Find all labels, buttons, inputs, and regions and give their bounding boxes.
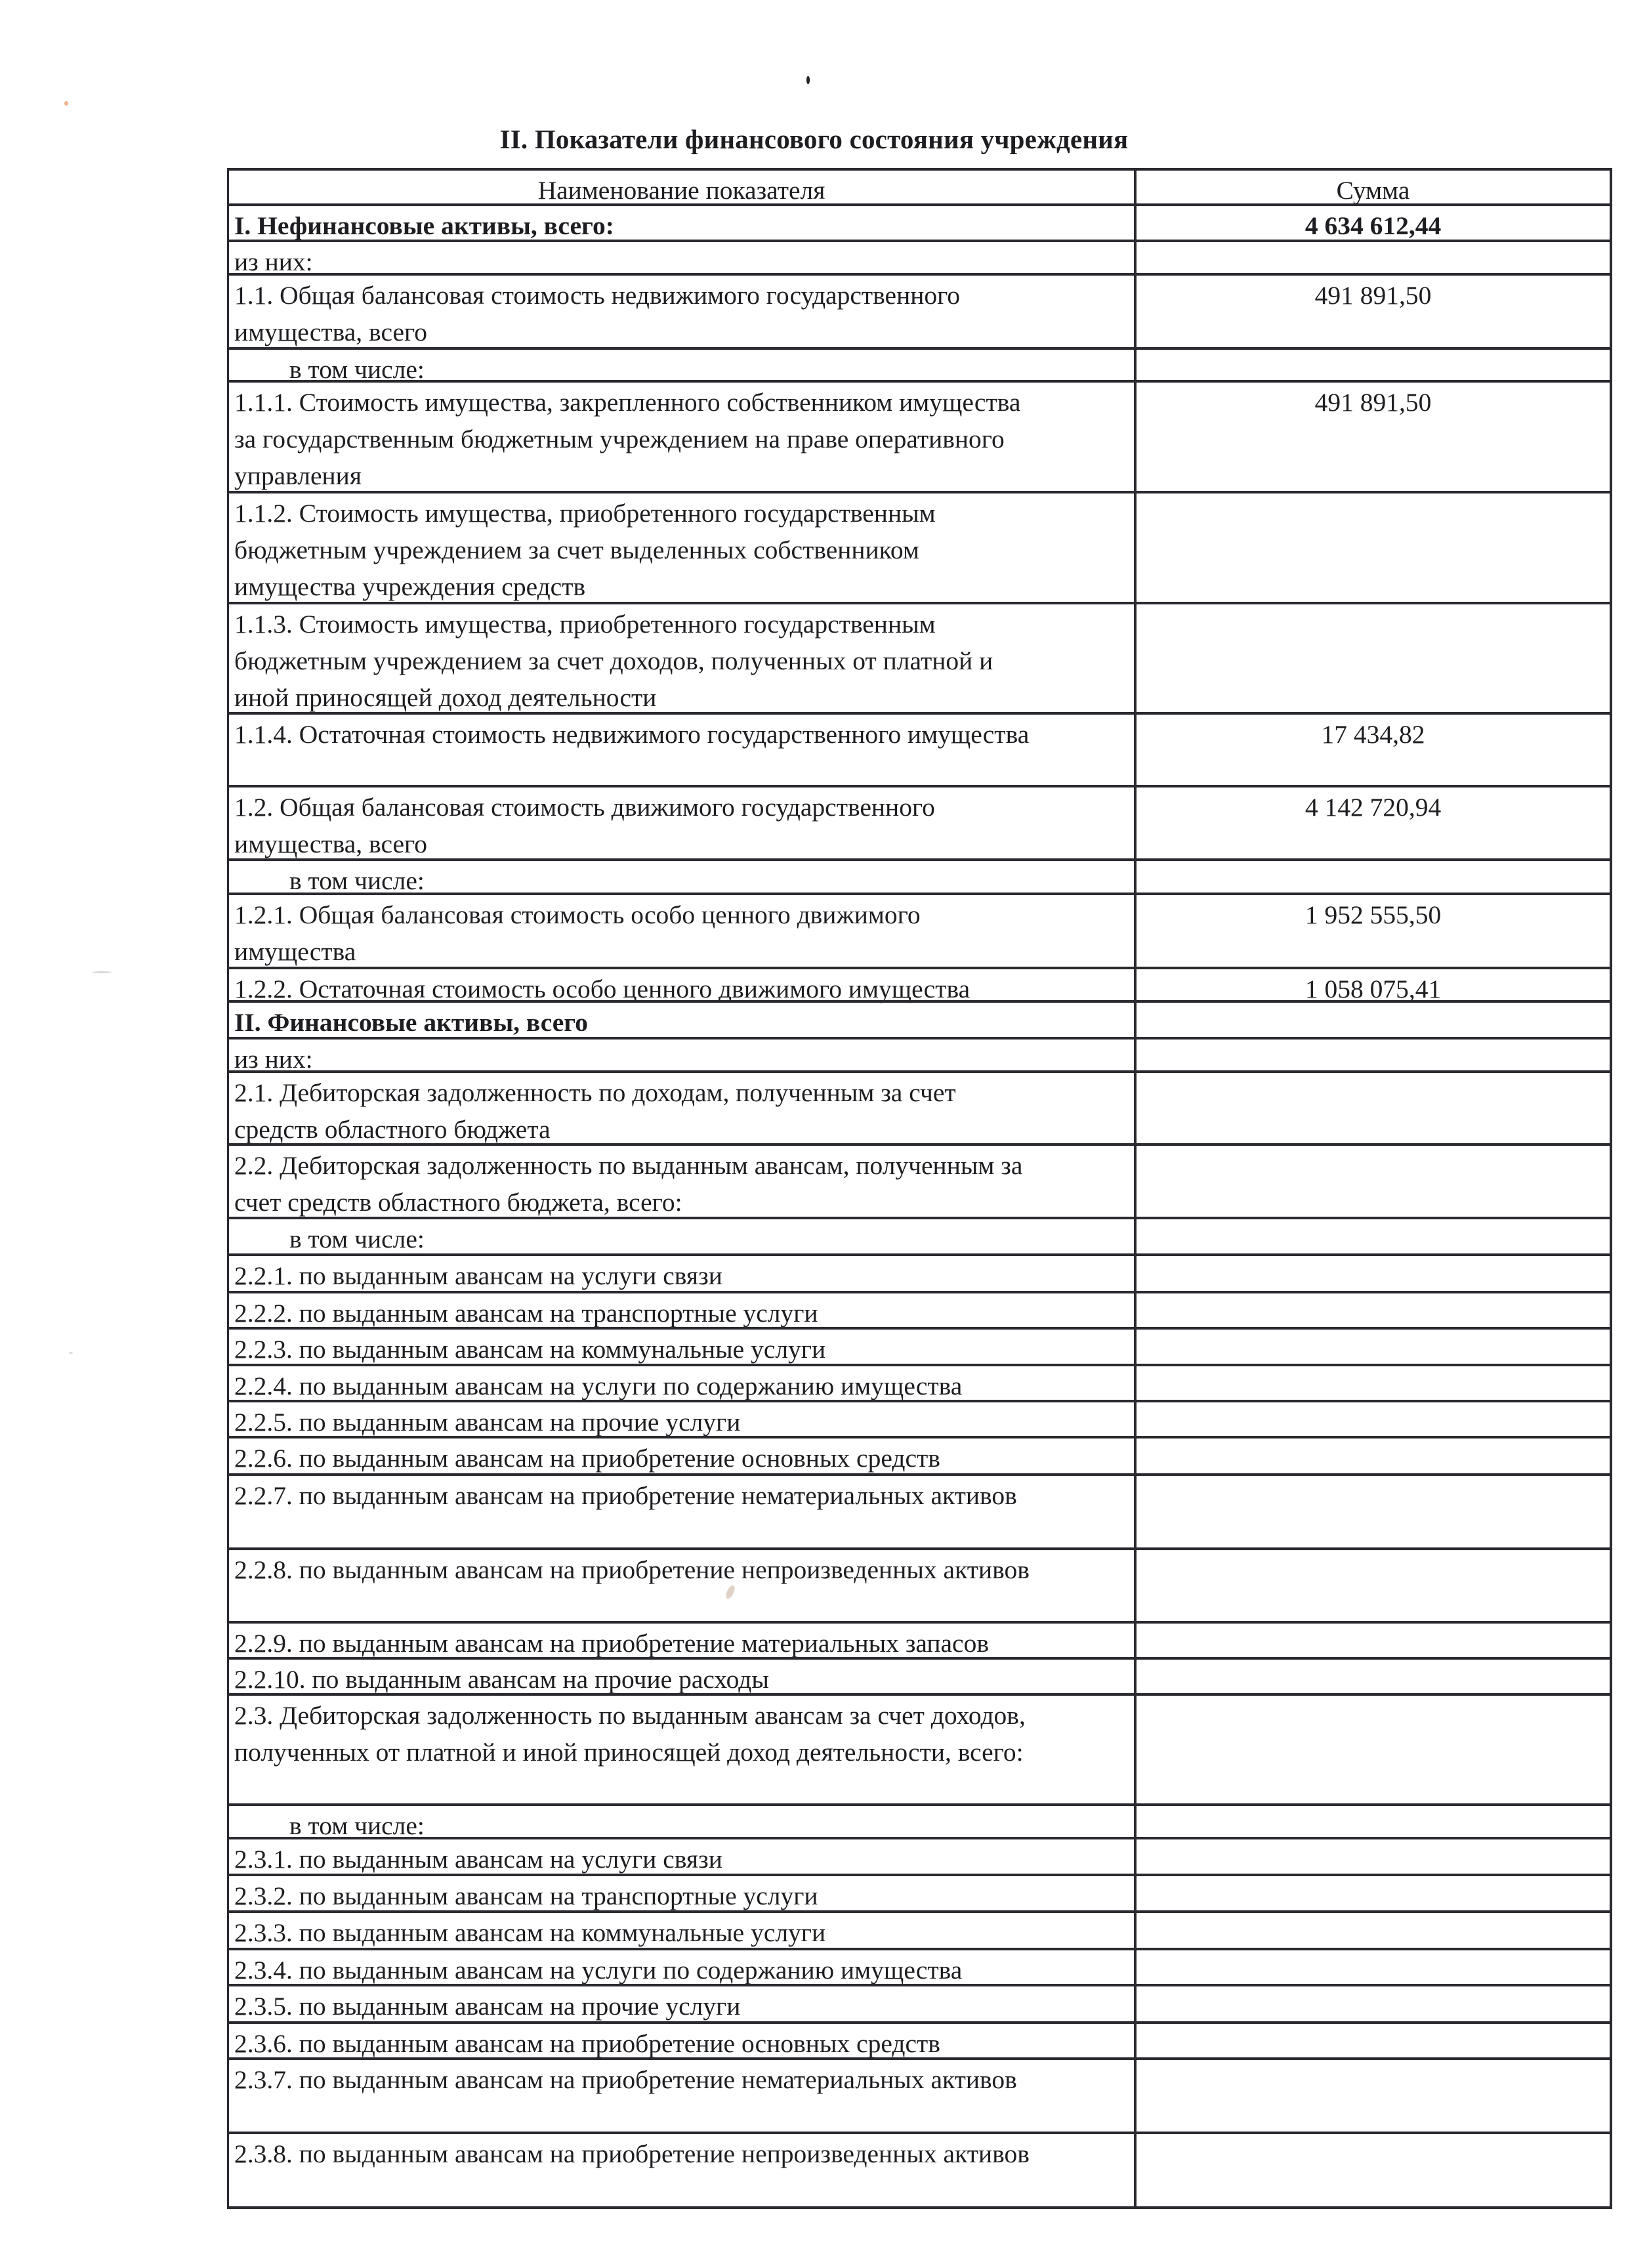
table-row: 1.1.2. Стоимость имущества, приобретенно… (227, 491, 1612, 602)
sum-cell (1134, 1913, 1612, 1948)
sum-cell (1134, 1146, 1612, 1217)
table-row: 2.1. Дебиторская задолженность по дохода… (227, 1070, 1612, 1143)
scan-dot-mark (806, 76, 810, 84)
sum-cell: 491 891,50 (1134, 383, 1612, 491)
sum-cell: 491 891,50 (1134, 276, 1612, 347)
sum-cell (1134, 1438, 1612, 1473)
sum-cell (1134, 1219, 1612, 1253)
table-row: 2.3.1. по выданным авансам на услуги свя… (227, 1837, 1612, 1874)
table-row: 2.3.4. по выданным авансам на услуги по … (227, 1948, 1612, 1984)
sum-cell: 1 058 075,41 (1134, 969, 1612, 1000)
indicator-name-cell: 1.1.4. Остаточная стоимость недвижимого … (227, 715, 1134, 785)
table-row: 1.2.2. Остаточная стоимость особо ценног… (227, 967, 1612, 1000)
table-row: 2.2.10. по выданным авансам на прочие ра… (227, 1657, 1612, 1693)
sum-cell (1134, 242, 1612, 273)
table-row: 2.2.2. по выданным авансам на транспортн… (227, 1291, 1612, 1327)
scan-speck (64, 101, 68, 106)
sum-cell (1134, 1073, 1612, 1143)
table-row: в том числе: (227, 1803, 1612, 1837)
table-row: 2.2.9. по выданным авансам на приобретен… (227, 1621, 1612, 1657)
table-row: 2.2.5. по выданным авансам на прочие усл… (227, 1400, 1612, 1436)
sum-cell (1134, 1476, 1612, 1547)
sum-cell (1134, 1876, 1612, 1910)
table-row: 2.2. Дебиторская задолженность по выданн… (227, 1143, 1612, 1217)
indicator-name-cell: 2.2. Дебиторская задолженность по выданн… (227, 1146, 1134, 1217)
sum-cell (1134, 1696, 1612, 1803)
indicator-name-cell: 2.3.2. по выданным авансам на транспортн… (227, 1876, 1134, 1910)
table-row: в том числе: (227, 347, 1612, 380)
table-row: 1.1.1. Стоимость имущества, закрепленног… (227, 380, 1612, 491)
indicator-name-cell: 2.3. Дебиторская задолженность по выданн… (227, 1696, 1134, 1803)
indicator-name-cell: II. Финансовые активы, всего (227, 1003, 1134, 1037)
sum-cell (1134, 1986, 1612, 2021)
table-row: 2.2.3. по выданным авансам на коммунальн… (227, 1327, 1612, 1364)
indicator-name-cell: 1.1.1. Стоимость имущества, закрепленног… (227, 383, 1134, 491)
indicator-name-cell: в том числе: (227, 861, 1134, 892)
table-row: 1.1.3. Стоимость имущества, приобретенно… (227, 602, 1612, 712)
indicator-name-cell: 1.1. Общая балансовая стоимость недвижим… (227, 276, 1134, 347)
indicator-name-cell: из них: (227, 1039, 1134, 1070)
sum-cell (1134, 1293, 1612, 1327)
indicator-name-cell: 2.2.7. по выданным авансам на приобретен… (227, 1476, 1134, 1547)
table-row: 2.3.3. по выданным авансам на коммунальн… (227, 1910, 1612, 1948)
table-row: 2.2.6. по выданным авансам на приобретен… (227, 1436, 1612, 1473)
sum-cell (1134, 2024, 1612, 2057)
sum-cell (1134, 493, 1612, 602)
indicator-name-cell: 1.2. Общая балансовая стоимость движимог… (227, 787, 1134, 858)
table-row: в том числе: (227, 1217, 1612, 1253)
indicator-name-cell: 2.2.8. по выданным авансам на приобретен… (227, 1550, 1134, 1621)
sum-cell: 1 952 555,50 (1134, 895, 1612, 967)
indicator-name-cell: в том числе: (227, 350, 1134, 380)
indicator-name-cell: 1.1.3. Стоимость имущества, приобретенно… (227, 604, 1134, 712)
indicator-name-cell: 2.2.1. по выданным авансам на услуги свя… (227, 1256, 1134, 1291)
column-header-name: Наименование показателя (227, 171, 1134, 203)
indicator-name-cell: 2.3.6. по выданным авансам на приобретен… (227, 2024, 1134, 2057)
indicator-name-cell: в том числе: (227, 1806, 1134, 1837)
sum-cell: 4 634 612,44 (1134, 206, 1612, 240)
sum-cell (1134, 1660, 1612, 1693)
table-row: 2.3. Дебиторская задолженность по выданн… (227, 1693, 1612, 1803)
table-row: 2.3.6. по выданным авансам на приобретен… (227, 2021, 1612, 2057)
table-row: 1.1.4. Остаточная стоимость недвижимого … (227, 712, 1612, 785)
indicator-name-cell: 2.2.4. по выданным авансам на услуги по … (227, 1366, 1134, 1400)
table-row: 2.2.1. по выданным авансам на услуги свя… (227, 1253, 1612, 1291)
table-row: II. Финансовые активы, всего (227, 1000, 1612, 1037)
indicator-name-cell: 2.2.6. по выданным авансам на приобретен… (227, 1438, 1134, 1473)
indicator-name-cell: в том числе: (227, 1219, 1134, 1253)
indicator-name-cell: 2.3.5. по выданным авансам на прочие усл… (227, 1986, 1134, 2021)
sum-cell (1134, 1806, 1612, 1837)
indicator-name-cell: 2.3.8. по выданным авансам на приобретен… (227, 2134, 1134, 2206)
sum-cell: 4 142 720,94 (1134, 787, 1612, 858)
table-row: 1.2. Общая балансовая стоимость движимог… (227, 785, 1612, 858)
indicator-name-cell: 2.1. Дебиторская задолженность по дохода… (227, 1073, 1134, 1143)
sum-cell (1134, 1950, 1612, 1984)
table-row: из них: (227, 240, 1612, 273)
sum-cell (1134, 1330, 1612, 1364)
indicator-name-cell: I. Нефинансовые активы, всего: (227, 206, 1134, 240)
sum-cell (1134, 1256, 1612, 1291)
indicator-name-cell: 1.1.2. Стоимость имущества, приобретенно… (227, 493, 1134, 602)
table-row: в том числе: (227, 858, 1612, 892)
indicator-name-cell: 2.3.3. по выданным авансам на коммунальн… (227, 1913, 1134, 1948)
sum-cell (1134, 1624, 1612, 1657)
table-header-row: Наименование показателя Сумма (227, 168, 1612, 203)
sum-cell (1134, 604, 1612, 712)
sum-cell (1134, 1839, 1612, 1874)
sum-cell: 17 434,82 (1134, 715, 1612, 785)
indicator-name-cell: 2.3.1. по выданным авансам на услуги свя… (227, 1839, 1134, 1874)
sum-cell (1134, 2134, 1612, 2206)
table-row: 2.2.8. по выданным авансам на приобретен… (227, 1547, 1612, 1621)
indicator-name-cell: 2.2.5. по выданным авансам на прочие усл… (227, 1402, 1134, 1436)
table-row: 2.3.2. по выданным авансам на транспортн… (227, 1874, 1612, 1910)
scan-speck (92, 971, 112, 973)
sum-cell (1134, 350, 1612, 380)
sum-cell (1134, 2060, 1612, 2131)
table-row: 1.1. Общая балансовая стоимость недвижим… (227, 273, 1612, 347)
indicator-name-cell: 2.3.4. по выданным авансам на услуги по … (227, 1950, 1134, 1984)
table-row: 2.3.5. по выданным авансам на прочие усл… (227, 1984, 1612, 2021)
sum-cell (1134, 1003, 1612, 1037)
table-row: 2.2.4. по выданным авансам на услуги по … (227, 1364, 1612, 1400)
indicator-name-cell: 2.2.9. по выданным авансам на приобретен… (227, 1624, 1134, 1657)
scan-speck (69, 1352, 73, 1354)
indicator-name-cell: 2.3.7. по выданным авансам на приобретен… (227, 2060, 1134, 2131)
table-row: I. Нефинансовые активы, всего:4 634 612,… (227, 203, 1612, 240)
table-row: 2.3.8. по выданным авансам на приобретен… (227, 2131, 1612, 2209)
sum-cell (1134, 1550, 1612, 1621)
table-row: 2.2.7. по выданным авансам на приобретен… (227, 1473, 1612, 1547)
indicator-name-cell: 2.2.10. по выданным авансам на прочие ра… (227, 1660, 1134, 1693)
indicator-name-cell: 2.2.2. по выданным авансам на транспортн… (227, 1293, 1134, 1327)
table-row: 1.2.1. Общая балансовая стоимость особо … (227, 892, 1612, 967)
table-row: 2.3.7. по выданным авансам на приобретен… (227, 2057, 1612, 2131)
sum-cell (1134, 861, 1612, 892)
indicator-name-cell: из них: (227, 242, 1134, 273)
sum-cell (1134, 1039, 1612, 1070)
indicator-name-cell: 1.2.2. Остаточная стоимость особо ценног… (227, 969, 1134, 1000)
sum-cell (1134, 1366, 1612, 1400)
column-header-sum: Сумма (1134, 171, 1612, 203)
section-title: II. Показатели финансового состояния учр… (0, 122, 1628, 156)
table-row: из них: (227, 1037, 1612, 1070)
indicator-name-cell: 2.2.3. по выданным авансам на коммунальн… (227, 1330, 1134, 1364)
indicator-name-cell: 1.2.1. Общая балансовая стоимость особо … (227, 895, 1134, 967)
sum-cell (1134, 1402, 1612, 1436)
